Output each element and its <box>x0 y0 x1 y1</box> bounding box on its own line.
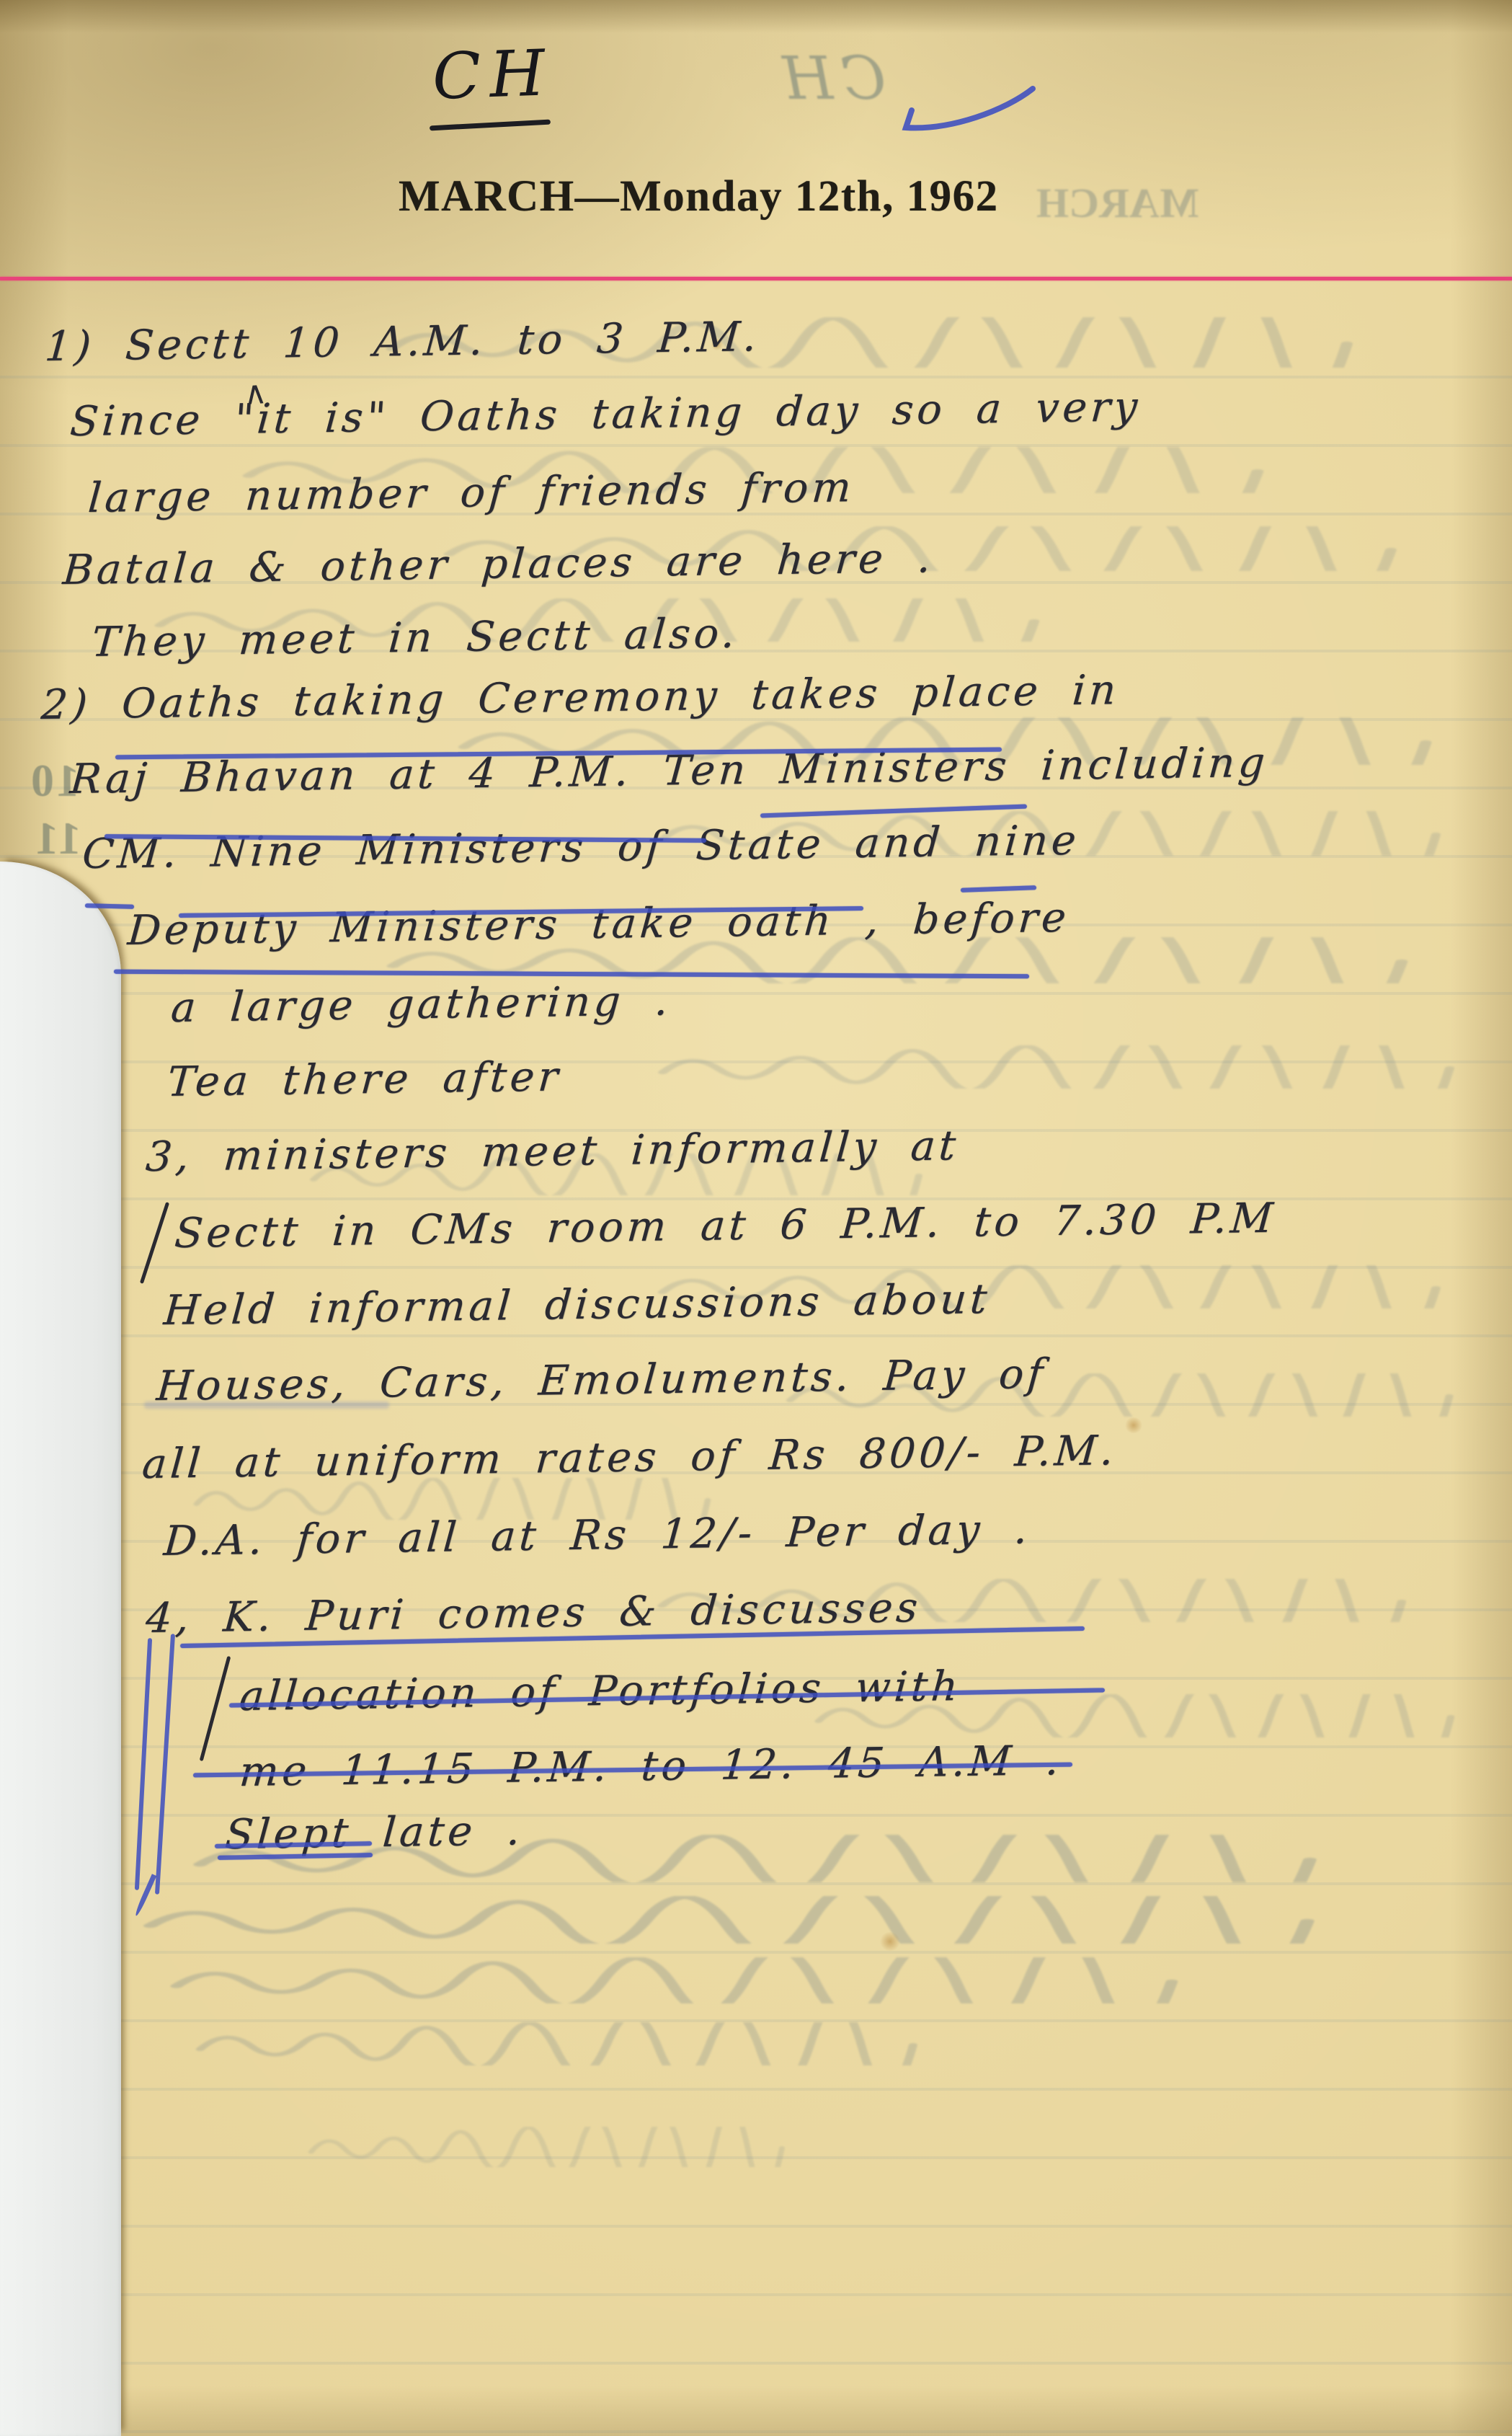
handwritten-line: Raj Bhavan at 4 P.M. Ten Ministers inclu… <box>68 739 1270 803</box>
handwritten-line: Tea there after <box>166 1053 563 1106</box>
ink-slash-mark <box>140 1202 169 1284</box>
blue-margin-bracket <box>155 1634 175 1895</box>
handwritten-line: Held informal discussions about <box>162 1275 992 1334</box>
printed-date-heading: MARCH—Monday 12th, 1962 <box>399 172 999 222</box>
handwritten-line: CM. Nine Ministers of State and nine <box>81 817 1081 878</box>
handwritten-line: Sectt in CMs room at 6 P.M. to 7.30 P.M <box>173 1195 1278 1257</box>
handwritten-line: Since "it is" Oaths taking day so a very <box>68 383 1142 446</box>
handwritten-line: large number of friends from <box>86 464 856 522</box>
blue-underline-annotation <box>961 885 1036 893</box>
blue-margin-bracket <box>135 1638 152 1890</box>
bleed-corner-mark: CH <box>775 45 886 113</box>
handwritten-line: They meet in Sectt also. <box>90 609 740 666</box>
handwritten-line: a large gathering . <box>169 977 673 1032</box>
diary-page-photo: CH MARCH 10 11 MARCH—Monday 12th, 1962 C… <box>0 0 1512 2436</box>
handwritten-line: Batala & other places are here . <box>61 534 936 594</box>
bleed-through-squiggle <box>649 1045 1492 1089</box>
handwritten-line: Slept late . <box>223 1807 525 1859</box>
paper-stain <box>1124 1417 1143 1433</box>
bleed-header-fragment: MARCH <box>1036 179 1199 227</box>
bleed-margin-hour-11: 11 <box>33 812 81 865</box>
bleed-through-squiggle <box>303 2127 807 2167</box>
handwritten-line: all at uniform rates of Rs 800/- P.M. <box>141 1427 1119 1488</box>
handwritten-line: 1) Sectt 10 A.M. to 3 P.M. <box>43 313 762 371</box>
blue-pen-swoosh <box>883 76 1049 155</box>
handwritten-corner-mark: CH <box>431 35 555 114</box>
paper-stain <box>879 1932 901 1951</box>
bleed-through-squiggle <box>159 1957 1225 2003</box>
corner-mark-underline <box>430 120 551 131</box>
handwritten-line: allocation of Portfolios with <box>238 1662 963 1720</box>
pink-divider-rule <box>0 277 1512 280</box>
ink-slash-mark <box>200 1656 231 1761</box>
underpage-revealed-corner <box>0 862 121 2436</box>
bleed-through-squiggle <box>187 2022 951 2065</box>
bleed-through-squiggle <box>130 1896 1369 1944</box>
